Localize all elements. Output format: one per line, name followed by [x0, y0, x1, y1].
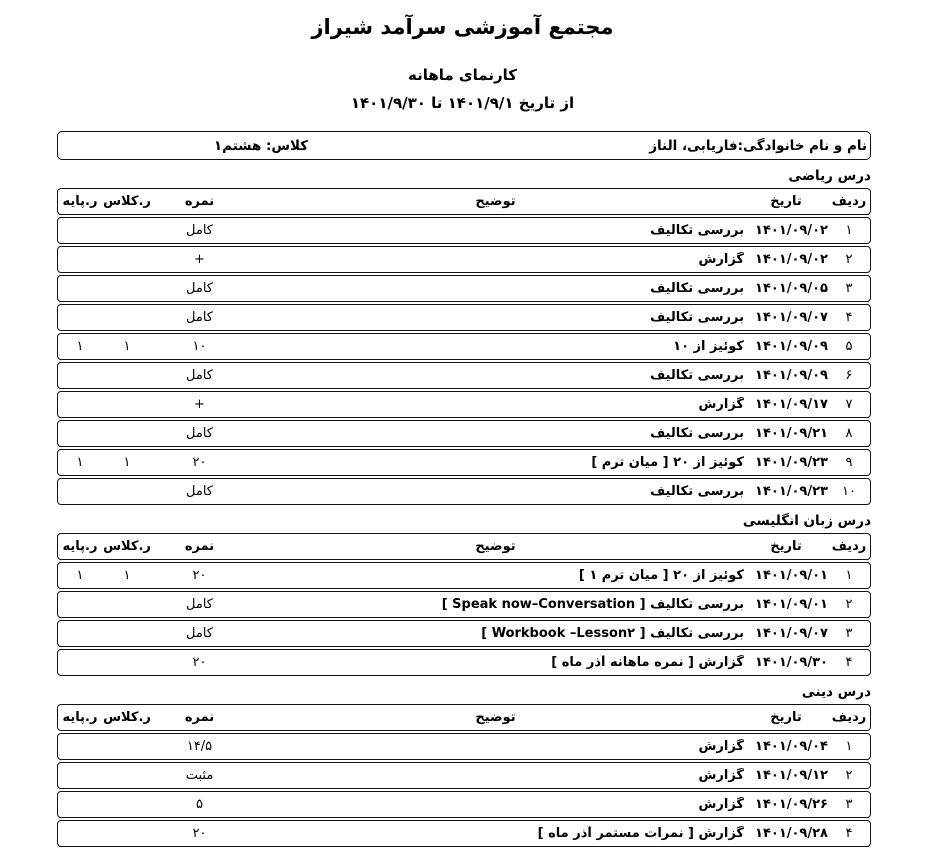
cell-date: ۱۴۰۱/۰۹/۱۲	[744, 768, 828, 783]
cell-radif: ۳	[828, 281, 870, 296]
cell-level-rank: ۱	[58, 455, 102, 470]
cell-date: ۱۴۰۱/۰۹/۲۱	[744, 426, 828, 441]
table-rows: ۱ ۱۴۰۱/۰۹/۰۱ کوئیز از ۲۰ [ میان ترم ۱ ] …	[57, 562, 871, 676]
cell-radif: ۴	[828, 655, 870, 670]
cell-grade: کامل	[152, 426, 247, 441]
table-row: ۴ ۱۴۰۱/۰۹/۲۸ گزارش [ نمرات مستمر آذر ماه…	[57, 820, 871, 847]
cell-class-rank: ۱	[102, 568, 152, 583]
cell-desc: بررسی تکالیف	[247, 310, 744, 325]
cell-grade: کامل	[152, 281, 247, 296]
table-row: ۱ ۱۴۰۱/۰۹/۰۲ بررسی تکالیف کامل	[57, 217, 871, 244]
table-row: ۳ ۱۴۰۱/۰۹/۲۶ گزارش ۵	[57, 791, 871, 818]
cell-date: ۱۴۰۱/۰۹/۲۶	[744, 797, 828, 812]
cell-level-rank: ۱	[58, 568, 102, 583]
student-info-box: نام و نام خانوادگی:فاریابی، الناز کلاس: …	[57, 131, 871, 160]
col-header-date: تاریخ	[744, 539, 828, 554]
cell-desc: بررسی تکالیف	[247, 281, 744, 296]
col-header-grade: نمره	[152, 194, 247, 209]
col-header-desc: توضیح	[247, 539, 744, 554]
cell-desc: گزارش [ نمرات مستمر آذر ماه ]	[247, 826, 744, 841]
cell-date: ۱۴۰۱/۰۹/۰۴	[744, 739, 828, 754]
col-header-date: تاریخ	[744, 710, 828, 725]
table-row: ۲ ۱۴۰۱/۰۹/۰۱ بررسی تکالیف [ Speak now–Co…	[57, 591, 871, 618]
cell-radif: ۳	[828, 797, 870, 812]
cell-radif: ۲	[828, 252, 870, 267]
cell-level-rank: ۱	[58, 339, 102, 354]
cell-radif: ۲	[828, 597, 870, 612]
cell-date: ۱۴۰۱/۰۹/۲۳	[744, 484, 828, 499]
cell-grade: کامل	[152, 484, 247, 499]
subject-section: درس زبان انگلیسی ردیف تاریخ توضیح نمره ر…	[57, 511, 871, 676]
col-header-desc: توضیح	[247, 710, 744, 725]
cell-grade: +	[152, 397, 247, 412]
date-range: از تاریخ ۱۴۰۱/۹/۱ تا ۱۴۰۱/۹/۳۰	[0, 93, 925, 114]
cell-date: ۱۴۰۱/۰۹/۰۵	[744, 281, 828, 296]
cell-grade: ۲۰	[152, 455, 247, 470]
school-title: مجتمع آموزشی سرآمد شیراز	[0, 0, 925, 42]
cell-desc: کوئیز از ۲۰ [ میان ترم ۱ ]	[247, 568, 744, 583]
report-content: نام و نام خانوادگی:فاریابی، الناز کلاس: …	[57, 131, 871, 847]
student-name-label: نام و نام خانوادگی:فاریابی، الناز	[464, 138, 870, 154]
cell-desc: بررسی تکالیف	[247, 368, 744, 383]
report-card-page: مجتمع آموزشی سرآمد شیراز کارنمای ماهانه …	[0, 0, 925, 853]
cell-class-rank: ۱	[102, 455, 152, 470]
subject-title: درس ریاضی	[57, 166, 871, 186]
cell-desc: بررسی تکالیف	[247, 223, 744, 238]
col-header-desc: توضیح	[247, 194, 744, 209]
cell-date: ۱۴۰۱/۰۹/۰۷	[744, 310, 828, 325]
subject-sections-container: درس ریاضی ردیف تاریخ توضیح نمره ر.کلاس ر…	[57, 166, 871, 847]
cell-desc: گزارش	[247, 797, 744, 812]
cell-grade: کامل	[152, 223, 247, 238]
cell-desc: گزارش	[247, 739, 744, 754]
cell-radif: ۴	[828, 826, 870, 841]
cell-date: ۱۴۰۱/۰۹/۱۷	[744, 397, 828, 412]
table-row: ۱ ۱۴۰۱/۰۹/۰۴ گزارش ۱۴/۵	[57, 733, 871, 760]
table-row: ۵ ۱۴۰۱/۰۹/۰۹ کوئیز از ۱۰ ۱۰ ۱ ۱	[57, 333, 871, 360]
cell-radif: ۸	[828, 426, 870, 441]
col-header-grade: نمره	[152, 539, 247, 554]
col-header-class-rank: ر.کلاس	[102, 710, 152, 725]
table-row: ۱ ۱۴۰۱/۰۹/۰۱ کوئیز از ۲۰ [ میان ترم ۱ ] …	[57, 562, 871, 589]
cell-desc: گزارش	[247, 252, 744, 267]
cell-grade: کامل	[152, 597, 247, 612]
table-row: ۳ ۱۴۰۱/۰۹/۰۷ بررسی تکالیف [ Workbook –Le…	[57, 620, 871, 647]
table-row: ۲ ۱۴۰۱/۰۹/۰۲ گزارش +	[57, 246, 871, 273]
cell-desc: کوئیز از ۲۰ [ میان ترم ]	[247, 455, 744, 470]
cell-radif: ۱	[828, 223, 870, 238]
col-header-level-rank: ر.پایه	[58, 710, 102, 725]
cell-radif: ۷	[828, 397, 870, 412]
table-header-row: ردیف تاریخ توضیح نمره ر.کلاس ر.پایه	[57, 188, 871, 215]
cell-desc: گزارش [ نمره ماهانه آذر ماه ]	[247, 655, 744, 670]
col-header-radif: ردیف	[828, 194, 870, 209]
cell-grade: ۵	[152, 797, 247, 812]
cell-grade: ۲۰	[152, 568, 247, 583]
student-class-label: کلاس: هشتم۱	[58, 138, 464, 154]
cell-date: ۱۴۰۱/۰۹/۰۲	[744, 223, 828, 238]
cell-desc: بررسی تکالیف	[247, 426, 744, 441]
cell-date: ۱۴۰۱/۰۹/۰۱	[744, 597, 828, 612]
table-row: ۳ ۱۴۰۱/۰۹/۰۵ بررسی تکالیف کامل	[57, 275, 871, 302]
cell-date: ۱۴۰۱/۰۹/۳۰	[744, 655, 828, 670]
cell-radif: ۶	[828, 368, 870, 383]
table-header-row: ردیف تاریخ توضیح نمره ر.کلاس ر.پایه	[57, 704, 871, 731]
cell-date: ۱۴۰۱/۰۹/۰۷	[744, 626, 828, 641]
subject-title: درس دینی	[57, 682, 871, 702]
cell-grade: ۱۴/۵	[152, 739, 247, 754]
table-row: ۷ ۱۴۰۱/۰۹/۱۷ گزارش +	[57, 391, 871, 418]
subject-title: درس زبان انگلیسی	[57, 511, 871, 531]
cell-radif: ۱	[828, 739, 870, 754]
table-rows: ۱ ۱۴۰۱/۰۹/۰۴ گزارش ۱۴/۵ ۲ ۱۴۰۱/۰۹/۱۲ گزا…	[57, 733, 871, 847]
cell-desc: بررسی تکالیف [ Speak now–Conversation ]	[247, 597, 744, 612]
table-row: ۴ ۱۴۰۱/۰۹/۳۰ گزارش [ نمره ماهانه آذر ماه…	[57, 649, 871, 676]
cell-date: ۱۴۰۱/۰۹/۲۳	[744, 455, 828, 470]
table-row: ۱۰ ۱۴۰۱/۰۹/۲۳ بررسی تکالیف کامل	[57, 478, 871, 505]
cell-date: ۱۴۰۱/۰۹/۰۱	[744, 568, 828, 583]
cell-grade: +	[152, 252, 247, 267]
table-row: ۸ ۱۴۰۱/۰۹/۲۱ بررسی تکالیف کامل	[57, 420, 871, 447]
col-header-radif: ردیف	[828, 539, 870, 554]
col-header-date: تاریخ	[744, 194, 828, 209]
cell-grade: ۲۰	[152, 826, 247, 841]
table-rows: ۱ ۱۴۰۱/۰۹/۰۲ بررسی تکالیف کامل ۲ ۱۴۰۱/۰۹…	[57, 217, 871, 505]
cell-date: ۱۴۰۱/۰۹/۰۹	[744, 368, 828, 383]
cell-grade: کامل	[152, 626, 247, 641]
cell-radif: ۱	[828, 568, 870, 583]
col-header-class-rank: ر.کلاس	[102, 194, 152, 209]
cell-radif: ۲	[828, 768, 870, 783]
cell-date: ۱۴۰۱/۰۹/۰۹	[744, 339, 828, 354]
cell-grade: ۲۰	[152, 655, 247, 670]
col-header-radif: ردیف	[828, 710, 870, 725]
subject-section: درس دینی ردیف تاریخ توضیح نمره ر.کلاس ر.…	[57, 682, 871, 847]
cell-radif: ۳	[828, 626, 870, 641]
cell-radif: ۱۰	[828, 484, 870, 499]
cell-radif: ۴	[828, 310, 870, 325]
table-row: ۹ ۱۴۰۱/۰۹/۲۳ کوئیز از ۲۰ [ میان ترم ] ۲۰…	[57, 449, 871, 476]
cell-grade: کامل	[152, 310, 247, 325]
cell-desc: کوئیز از ۱۰	[247, 339, 744, 354]
subject-section: درس ریاضی ردیف تاریخ توضیح نمره ر.کلاس ر…	[57, 166, 871, 505]
cell-radif: ۹	[828, 455, 870, 470]
table-row: ۴ ۱۴۰۱/۰۹/۰۷ بررسی تکالیف کامل	[57, 304, 871, 331]
cell-class-rank: ۱	[102, 339, 152, 354]
table-header-row: ردیف تاریخ توضیح نمره ر.کلاس ر.پایه	[57, 533, 871, 560]
col-header-class-rank: ر.کلاس	[102, 539, 152, 554]
cell-radif: ۵	[828, 339, 870, 354]
cell-date: ۱۴۰۱/۰۹/۲۸	[744, 826, 828, 841]
cell-date: ۱۴۰۱/۰۹/۰۲	[744, 252, 828, 267]
cell-desc: گزارش	[247, 768, 744, 783]
cell-desc: بررسی تکالیف	[247, 484, 744, 499]
cell-grade: ۱۰	[152, 339, 247, 354]
cell-grade: مثبت	[152, 768, 247, 783]
cell-desc: بررسی تکالیف [ Workbook –Lesson۲ ]	[247, 626, 744, 641]
cell-desc: گزارش	[247, 397, 744, 412]
report-subtitle: کارنمای ماهانه	[0, 65, 925, 86]
table-row: ۲ ۱۴۰۱/۰۹/۱۲ گزارش مثبت	[57, 762, 871, 789]
cell-grade: کامل	[152, 368, 247, 383]
col-header-grade: نمره	[152, 710, 247, 725]
col-header-level-rank: ر.پایه	[58, 194, 102, 209]
col-header-level-rank: ر.پایه	[58, 539, 102, 554]
table-row: ۶ ۱۴۰۱/۰۹/۰۹ بررسی تکالیف کامل	[57, 362, 871, 389]
